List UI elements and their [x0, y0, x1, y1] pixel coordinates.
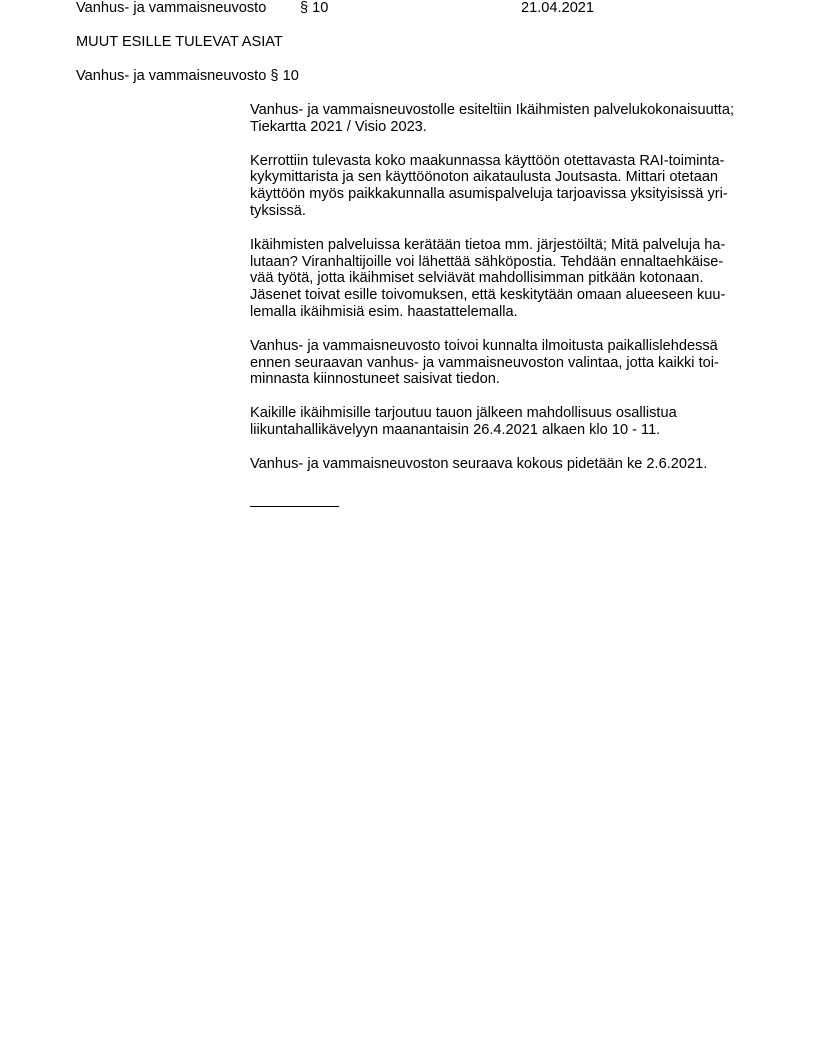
- text-line: lemalla ikäihmisiä esim. haastattelemall…: [250, 304, 750, 321]
- minutes-body: Vanhus- ja vammaisneuvostolle esiteltiin…: [250, 102, 750, 507]
- paragraph: Vanhus- ja vammaisneuvosto toivoi kunnal…: [250, 338, 750, 388]
- header-organization: Vanhus- ja vammaisneuvosto: [76, 0, 266, 17]
- text-line: Kaikille ikäihmisille tarjoutuu tauon jä…: [250, 405, 750, 422]
- section-heading: MUUT ESILLE TULEVAT ASIAT: [76, 34, 283, 51]
- text-line: ennen seuraavan vanhus- ja vammaisneuvos…: [250, 355, 750, 372]
- text-line: Kerrottiin tulevasta koko maakunnassa kä…: [250, 153, 750, 170]
- section-subheading: Vanhus- ja vammaisneuvosto § 10: [76, 68, 299, 85]
- text-line: kykymittarista ja sen käyttöönoton aikat…: [250, 169, 750, 186]
- paragraph: Kerrottiin tulevasta koko maakunnassa kä…: [250, 153, 750, 220]
- text-line: Vanhus- ja vammaisneuvosto toivoi kunnal…: [250, 338, 750, 355]
- text-line: minnasta kiinnostuneet saisivat tiedon.: [250, 371, 750, 388]
- text-line: vää työtä, jotta ikäihmiset selviävät ma…: [250, 270, 750, 287]
- paragraph: Ikäihmisten palveluissa kerätään tietoa …: [250, 237, 750, 321]
- paragraph: Kaikille ikäihmisille tarjoutuu tauon jä…: [250, 405, 750, 439]
- paragraph: Vanhus- ja vammaisneuvostolle esiteltiin…: [250, 102, 750, 136]
- text-line: liikuntahallikävelyyn maanantaisin 26.4.…: [250, 422, 750, 439]
- text-line: Tiekartta 2021 / Visio 2023.: [250, 119, 750, 136]
- paragraph: Vanhus- ja vammaisneuvoston seuraava kok…: [250, 456, 750, 473]
- text-line: Vanhus- ja vammaisneuvostolle esiteltiin…: [250, 102, 750, 119]
- header-date: 21.04.2021: [521, 0, 594, 17]
- text-line: tyksissä.: [250, 203, 750, 220]
- text-line: Jäsenet toivat esille toivomuksen, että …: [250, 287, 750, 304]
- text-line: Ikäihmisten palveluissa kerätään tietoa …: [250, 237, 750, 254]
- text-line: käyttöön myös paikkakunnalla asumispalve…: [250, 186, 750, 203]
- text-line: lutaan? Viranhaltijoille voi lähettää sä…: [250, 254, 750, 271]
- text-line: Vanhus- ja vammaisneuvoston seuraava kok…: [250, 456, 750, 473]
- end-separator-line: [250, 490, 339, 507]
- header-section: § 10: [300, 0, 328, 17]
